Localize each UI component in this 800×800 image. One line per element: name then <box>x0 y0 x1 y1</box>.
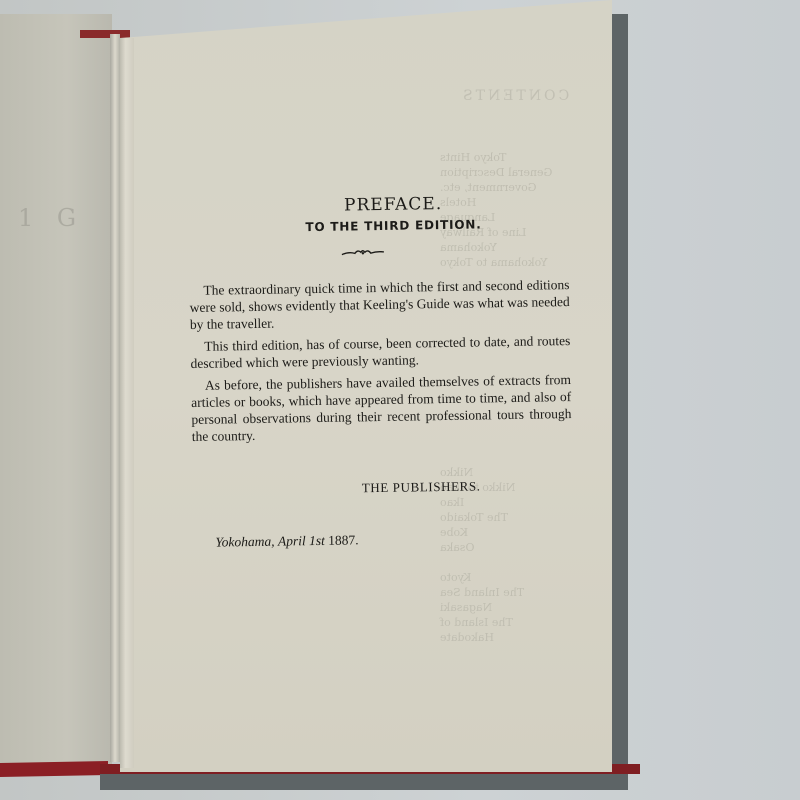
signature: THE PUBLISHERS. <box>192 478 480 499</box>
red-cover-edge-top <box>80 30 130 38</box>
page-gutter <box>120 38 134 768</box>
facing-page-left: 1 G <box>0 14 112 766</box>
dateline-place: Yokohama, <box>215 534 274 550</box>
red-cover-edge-left <box>0 761 108 777</box>
page-stack-edge <box>110 34 120 762</box>
page-title: PREFACE. <box>218 192 568 217</box>
fleuron-ornament-icon <box>341 247 385 258</box>
paragraph-2: This third edition, has of course, been … <box>190 332 570 372</box>
dateline-day: 1st <box>309 533 325 548</box>
dateline-year: 1887. <box>328 532 359 547</box>
bleedthrough-heading: CONTENTS <box>460 88 569 104</box>
dateline-month: April <box>278 533 306 548</box>
paragraph-1: The extraordinary quick time in which th… <box>189 276 570 333</box>
faded-showthrough-text: 1 G <box>18 204 84 232</box>
paragraph-3: As before, the publishers have availed t… <box>191 371 572 445</box>
page-subtitle: TO THE THIRD EDITION. <box>218 216 568 235</box>
page-shadow-right <box>610 14 628 790</box>
preface-content: PREFACE. TO THE THIRD EDITION. The extra… <box>188 192 573 551</box>
preface-body: The extraordinary quick time in which th… <box>189 276 572 445</box>
